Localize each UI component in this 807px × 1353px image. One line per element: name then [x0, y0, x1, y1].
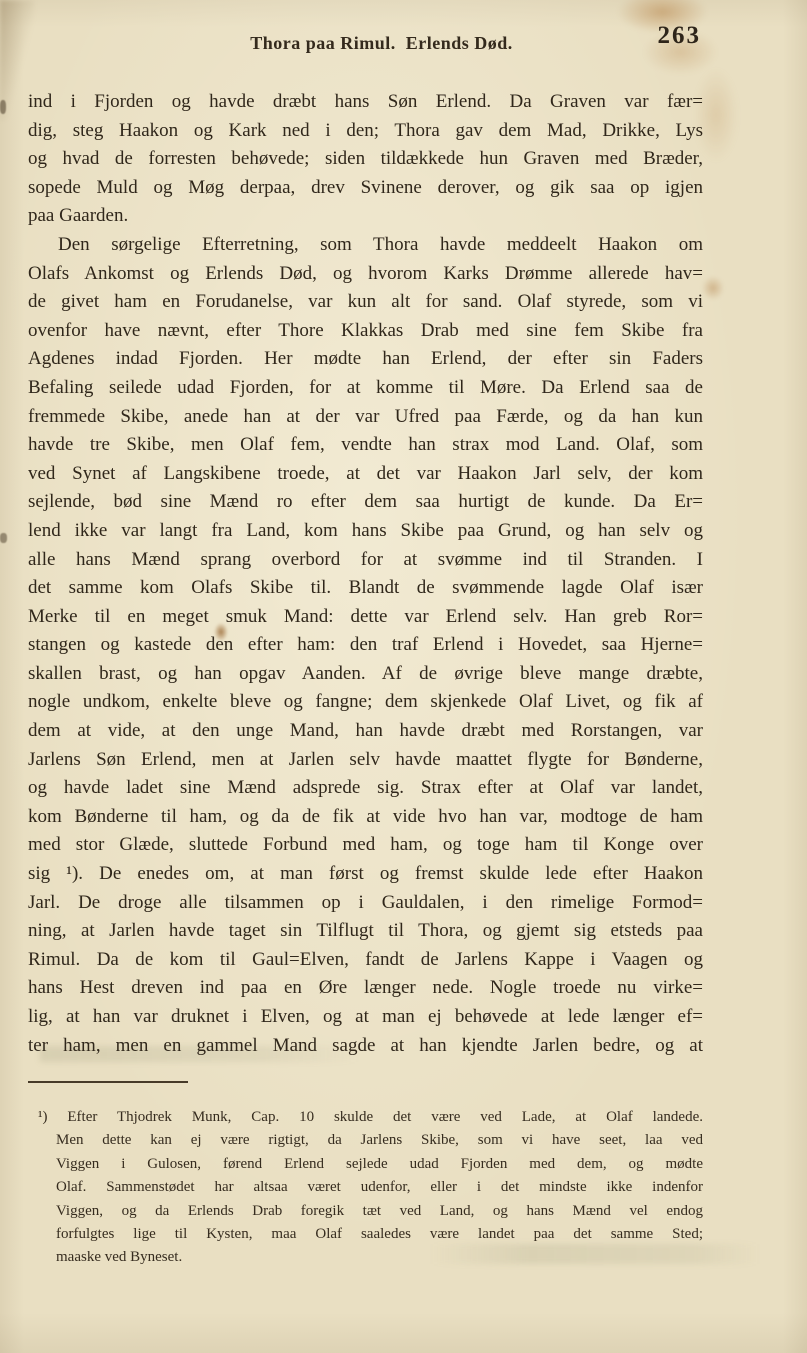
- text-line: lend ikke var langt fra Land, kom hans S…: [28, 517, 703, 546]
- text-line: paa Gaarden.: [28, 202, 703, 231]
- text-line: alle hans Mænd sprang overbord for at sv…: [28, 546, 703, 575]
- text-line: sig ¹). De enedes om, at man først og fr…: [28, 860, 703, 889]
- text-line: nogle undkom, enkelte bleve og fangne; d…: [28, 688, 703, 717]
- text-line: stangen og kastede den efter ham: den tr…: [28, 631, 703, 660]
- text-line: ter ham, men en gammel Mand sagde at han…: [28, 1032, 703, 1061]
- text-line: Jarlens Søn Erlend, men at Jarlen selv h…: [28, 746, 703, 775]
- text-line: og havde ladet sine Mænd adsprede sig. S…: [28, 774, 703, 803]
- text-line: ved Synet af Langskibene troede, at det …: [28, 460, 703, 489]
- text-line: med stor Glæde, sluttede Forbund med ham…: [28, 831, 703, 860]
- edge-speck: [0, 100, 6, 114]
- footnote-line: maaske ved Byneset.: [56, 1246, 703, 1269]
- text-line: Rimul. Da de kom til Gaul=Elven, fandt d…: [28, 946, 703, 975]
- text-line: det samme kom Olafs Skibe til. Blandt de…: [28, 574, 703, 603]
- text-line: dem at vide, at den unge Mand, han havde…: [28, 717, 703, 746]
- text-line: fremmede Skibe, anede han at der var Ufr…: [28, 403, 703, 432]
- text-line: Befaling seilede udad Fjorden, for at ko…: [28, 374, 703, 403]
- footnote-line: Viggen, og da Erlends Drab foregik tæt v…: [56, 1200, 703, 1223]
- footnote-line: ¹) Efter Thjodrek Munk, Cap. 10 skulde d…: [38, 1106, 703, 1129]
- text-line: Den sørgelige Efterretning, som Thora ha…: [28, 231, 703, 260]
- text-line: hans Hest dreven ind paa en Øre længer n…: [28, 974, 703, 1003]
- text-line: sejlende, bød sine Mænd ro efter dem saa…: [28, 488, 703, 517]
- main-text: ind i Fjorden og havde dræbt hans Søn Er…: [28, 88, 703, 1060]
- text-line: kom Bønderne til ham, og da de fik at vi…: [28, 803, 703, 832]
- text-line: ovenfor have nævnt, efter Thore Klakkas …: [28, 317, 703, 346]
- footnote-separator: [28, 1081, 188, 1083]
- running-header: Thora paa Rimul. Erlends Død.: [28, 33, 703, 54]
- edge-speck: [0, 533, 7, 543]
- text-line: de givet ham en Forudanelse, var kun alt…: [28, 288, 703, 317]
- text-line: og hvad de forresten behøvede; siden til…: [28, 145, 703, 174]
- text-line: ind i Fjorden og havde dræbt hans Søn Er…: [28, 88, 703, 117]
- footnote-line: Viggen i Gulosen, førend Erlend sejlede …: [56, 1153, 703, 1176]
- footnote-line: Olaf. Sammenstødet har altsaa været uden…: [56, 1176, 703, 1199]
- text-line: ning, at Jarlen havde taget sin Tilflugt…: [28, 917, 703, 946]
- text-line: sopede Muld og Møg derpaa, drev Svinene …: [28, 174, 703, 203]
- footnote-line: Men dette kan ej være rigtigt, da Jarlen…: [56, 1129, 703, 1152]
- book-page: Thora paa Rimul. Erlends Død. 263 ind i …: [0, 0, 807, 1353]
- text-line: Jarl. De droge alle tilsammen op i Gauld…: [28, 889, 703, 918]
- page-number: 263: [658, 22, 702, 50]
- text-line: Merke til en meget smuk Mand: dette var …: [28, 603, 703, 632]
- paragraph: ind i Fjorden og havde dræbt hans Søn Er…: [28, 88, 703, 231]
- paragraph: Den sørgelige Efterretning, som Thora ha…: [28, 231, 703, 1060]
- text-line: Agdenes indad Fjorden. Her mødte han Erl…: [28, 345, 703, 374]
- text-line: skallen brast, og han opgav Aanden. Af d…: [28, 660, 703, 689]
- text-line: dig, steg Haakon og Kark ned i den; Thor…: [28, 117, 703, 146]
- footnote-line: forfulgtes lige til Kysten, maa Olaf saa…: [56, 1223, 703, 1246]
- footnote: ¹) Efter Thjodrek Munk, Cap. 10 skulde d…: [56, 1106, 703, 1270]
- text-line: lig, at han var druknet i Elven, og at m…: [28, 1003, 703, 1032]
- text-line: Olafs Ankomst og Erlends Død, og hvorom …: [28, 260, 703, 289]
- text-line: havde tre Skibe, men Olaf fem, vendte ha…: [28, 431, 703, 460]
